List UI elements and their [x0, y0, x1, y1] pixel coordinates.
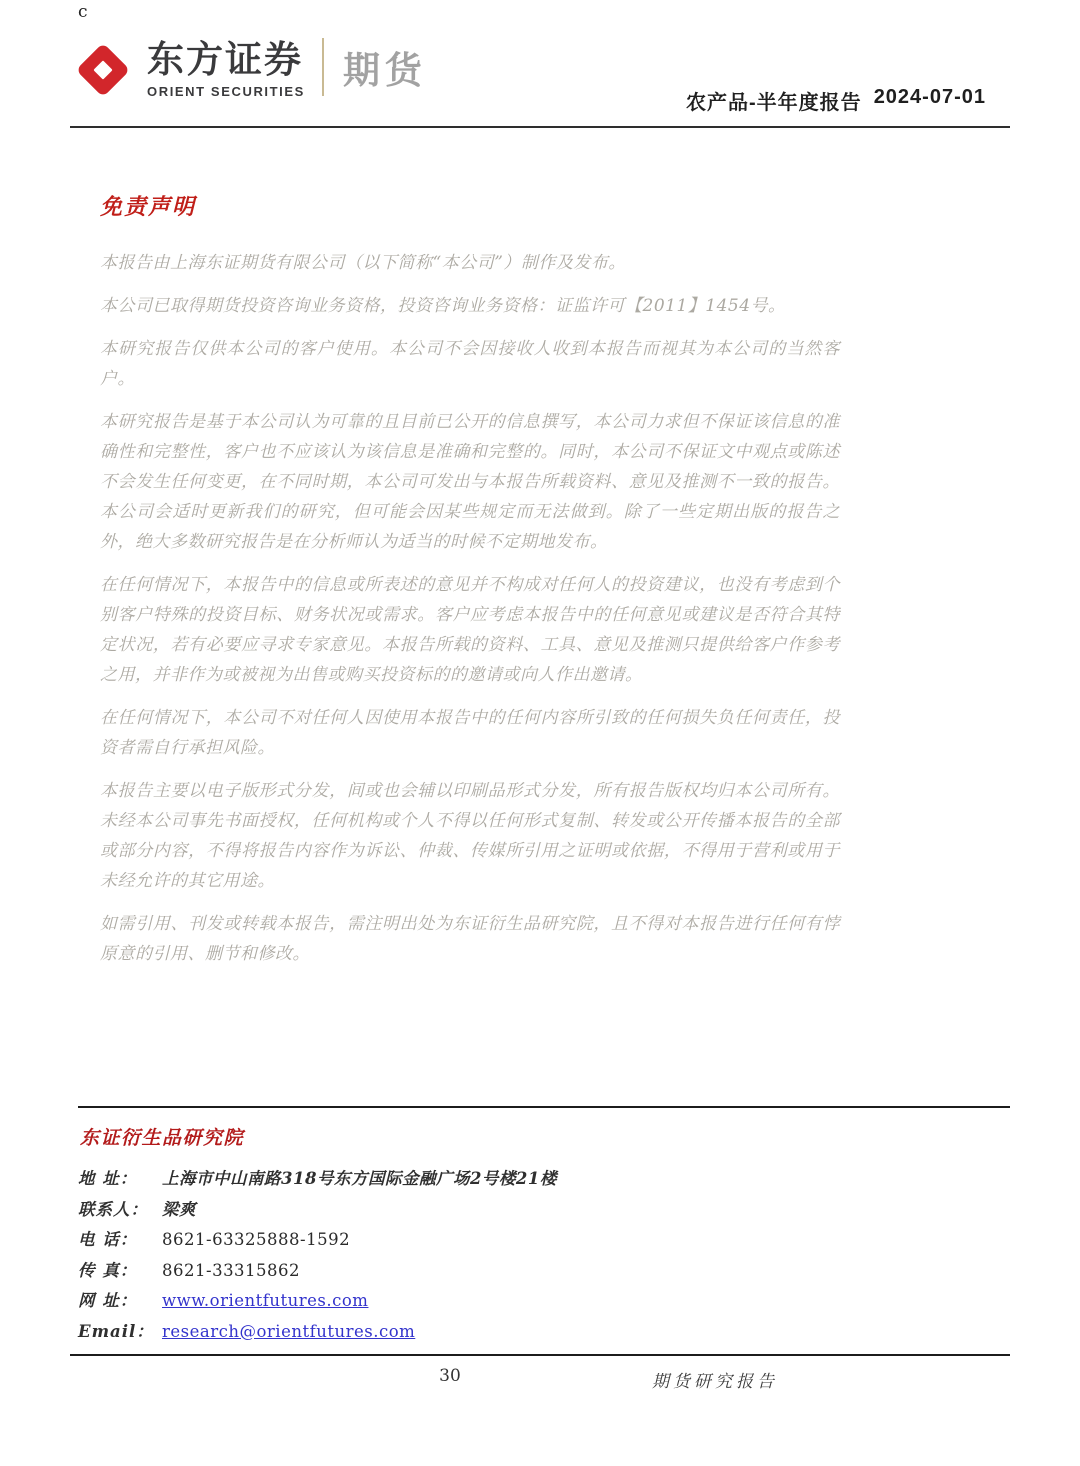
- brand-bar: 东方证券 ORIENT SECURITIES 期货: [72, 36, 427, 104]
- contact-row-fax: 传 真： 8621-33315862: [78, 1257, 1010, 1288]
- institute-contact-section: 东证衍生品研究院 地 址： 上海市中山南路318号东方国际金融广场2号楼21楼 …: [78, 1106, 1010, 1348]
- disclaimer-paragraph: 在任何情况下，本报告中的信息或所表述的意见并不构成对任何人的投资建议，也没有考虑…: [100, 570, 840, 690]
- contact-value-fax: 8621-33315862: [162, 1261, 300, 1280]
- report-date: 2024-07-01: [874, 86, 986, 115]
- header-rule: [70, 126, 1010, 128]
- page-number: 30: [428, 1366, 472, 1386]
- report-page: c 东方证券 ORIENT SECURITIES 期货 农产品-半年度报告 20…: [0, 0, 1080, 1466]
- stray-character: c: [78, 2, 88, 22]
- contact-label: 电 话：: [78, 1226, 162, 1250]
- brand-sub-futures: 期货: [343, 40, 427, 94]
- disclaimer-paragraph: 本公司已取得期货投资咨询业务资格，投资咨询业务资格：证监许可【2011】1454…: [100, 291, 840, 321]
- brand-divider: [322, 38, 324, 96]
- disclaimer-paragraph: 本研究报告仅供本公司的客户使用。本公司不会因接收人收到本报告而视其为本公司的当然…: [100, 334, 840, 394]
- email-link[interactable]: research@orientfutures.com: [162, 1322, 415, 1341]
- contact-row-address: 地 址： 上海市中山南路318号东方国际金融广场2号楼21楼: [78, 1165, 1010, 1196]
- contact-label: 联系人：: [78, 1196, 162, 1220]
- footer-report-type: 期货研究报告: [652, 1367, 778, 1392]
- contact-value-person: 梁爽: [162, 1196, 196, 1220]
- disclaimer-section: 免责声明 本报告由上海东证期货有限公司（以下简称“本公司”）制作及发布。 本公司…: [100, 190, 840, 982]
- disclaimer-title: 免责声明: [100, 190, 840, 221]
- disclaimer-paragraph: 本报告主要以电子版形式分发，间或也会辅以印刷品形式分发，所有报告版权均归本公司所…: [100, 776, 840, 896]
- disclaimer-paragraph: 本报告由上海东证期货有限公司（以下简称“本公司”）制作及发布。: [100, 248, 840, 278]
- contact-label: 地 址：: [78, 1165, 162, 1189]
- disclaimer-paragraph: 在任何情况下，本公司不对任何人因使用本报告中的任何内容所引致的任何损失负任何责任…: [100, 703, 840, 763]
- brand-name-cn: 东方证券: [147, 41, 305, 80]
- disclaimer-paragraph: 本研究报告是基于本公司认为可靠的且目前已公开的信息撰写，本公司力求但不保证该信息…: [100, 407, 840, 557]
- institute-name: 东证衍生品研究院: [80, 1123, 1010, 1150]
- report-header-meta: 农产品-半年度报告 2024-07-01: [686, 86, 986, 115]
- contact-label: Email：: [78, 1318, 162, 1342]
- orient-securities-logo-icon: [72, 36, 134, 104]
- contact-label: 网 址：: [78, 1287, 162, 1311]
- brand-wordmark: 东方证券 ORIENT SECURITIES: [147, 41, 305, 99]
- footer-rule: [70, 1354, 1010, 1356]
- contact-row-website: 网 址： www.orientfutures.com: [78, 1287, 1010, 1318]
- contact-row-person: 联系人： 梁爽: [78, 1196, 1010, 1227]
- report-category-label: 农产品-半年度报告: [686, 86, 862, 115]
- website-link[interactable]: www.orientfutures.com: [162, 1291, 368, 1310]
- contact-label: 传 真：: [78, 1257, 162, 1281]
- disclaimer-paragraph: 如需引用、刊发或转载本报告，需注明出处为东证衍生品研究院，且不得对本报告进行任何…: [100, 909, 840, 969]
- contact-value-phone: 8621-63325888-1592: [162, 1230, 350, 1249]
- contact-row-phone: 电 话： 8621-63325888-1592: [78, 1226, 1010, 1257]
- brand-name-en: ORIENT SECURITIES: [147, 84, 305, 99]
- contact-row-email: Email： research@orientfutures.com: [78, 1318, 1010, 1349]
- contact-value-address: 上海市中山南路318号东方国际金融广场2号楼21楼: [162, 1165, 557, 1189]
